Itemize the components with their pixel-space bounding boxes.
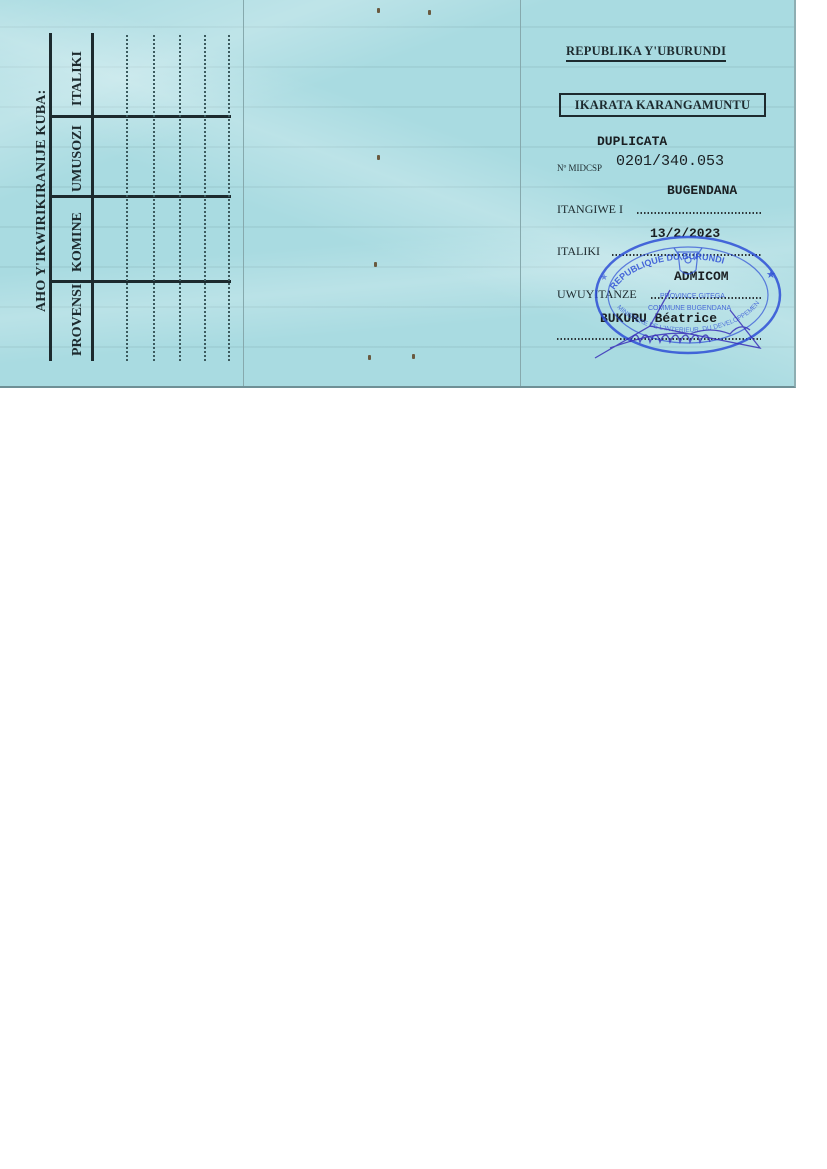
section-title: AHO Y'IKWIRIKIRANIJE KUBA: bbox=[34, 90, 50, 312]
fold-mark bbox=[428, 10, 431, 15]
number-value: 0201/340.053 bbox=[616, 153, 724, 170]
fold-mark bbox=[374, 262, 377, 267]
left-panel-residence-table: AHO Y'IKWIRIKIRANIJE KUBA: PROVENSI KOMI… bbox=[0, 0, 243, 386]
issuer-name: BUKURU Béatrice bbox=[600, 311, 717, 326]
entry-line bbox=[204, 35, 206, 361]
issued-at-line bbox=[637, 212, 761, 214]
entry-line bbox=[179, 35, 181, 361]
column-label-umusozi: UMUSOZI bbox=[70, 125, 86, 192]
date-line bbox=[612, 254, 761, 256]
issuer-line bbox=[651, 297, 761, 299]
residence-table: AHO Y'IKWIRIKIRANIJE KUBA: PROVENSI KOMI… bbox=[0, 0, 243, 386]
duplicate-label: DUPLICATA bbox=[597, 134, 667, 149]
number-label: Nº MIDCSP bbox=[557, 163, 602, 173]
issuer-label: UWUYITANZE bbox=[557, 287, 637, 302]
middle-panel-blank bbox=[243, 0, 521, 386]
date-label: ITALIKI bbox=[557, 244, 600, 259]
fold-mark bbox=[377, 8, 380, 13]
entry-line bbox=[153, 35, 155, 361]
column-label-provensi: PROVENSI bbox=[70, 284, 86, 356]
fold-mark bbox=[412, 354, 415, 359]
card-title-box: IKARATA KARANGAMUNTU bbox=[559, 93, 766, 117]
column-label-komine: KOMINE bbox=[70, 212, 86, 272]
fold-mark bbox=[377, 155, 380, 160]
country-title: REPUBLIKA Y'UBURUNDI bbox=[566, 44, 726, 62]
issued-at-label: ITANGIWE I bbox=[557, 202, 623, 217]
entry-line bbox=[126, 35, 128, 361]
date-value: 13/2/2023 bbox=[650, 226, 720, 241]
issuer-value: ADMICOM bbox=[674, 269, 729, 284]
issued-at-value: BUGENDANA bbox=[667, 183, 737, 198]
column-label-italiki: ITALIKI bbox=[70, 51, 86, 106]
signature-line bbox=[557, 338, 761, 340]
fold-mark bbox=[368, 355, 371, 360]
entry-line bbox=[228, 35, 230, 361]
